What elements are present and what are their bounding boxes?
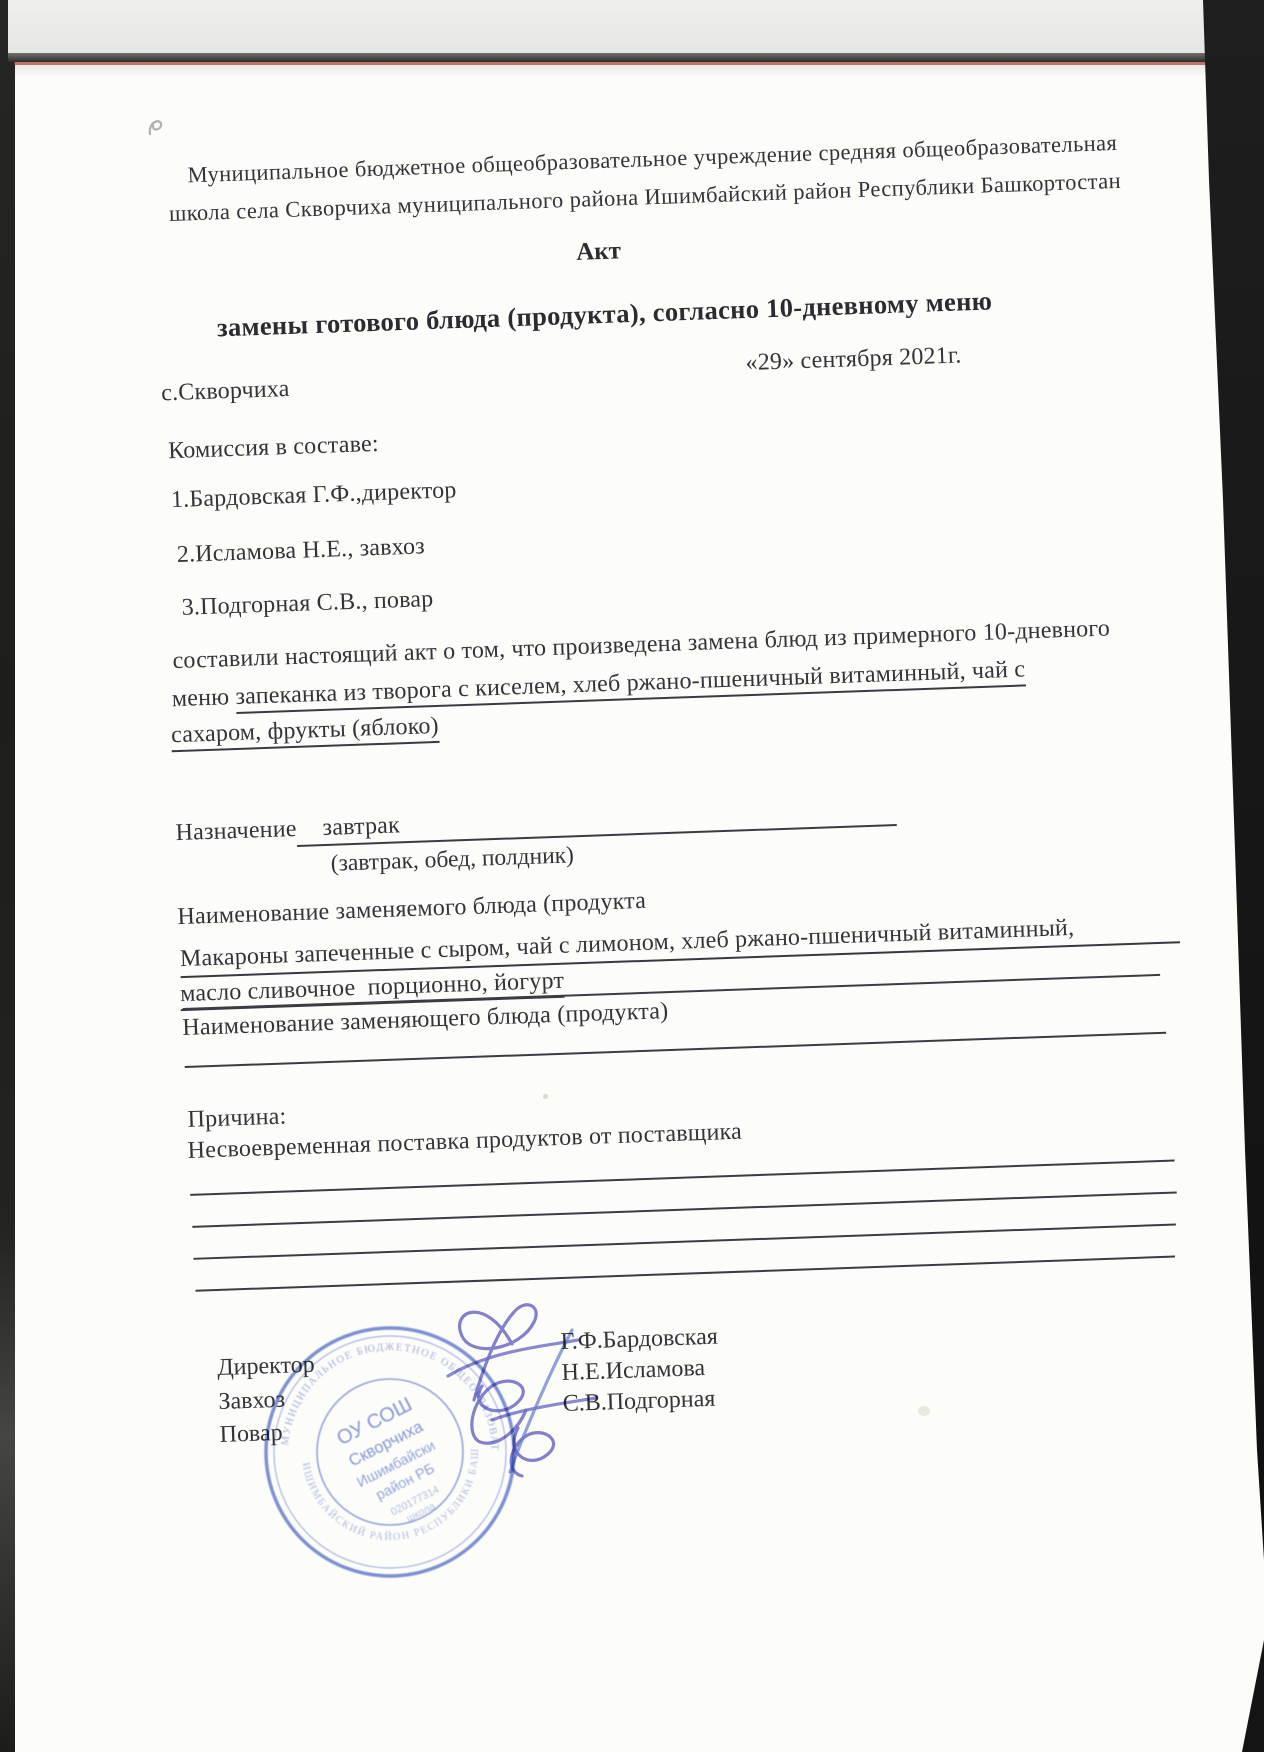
purpose-hint: (завтрак, обед, полдник) (330, 842, 574, 877)
handwritten-signature (420, 1288, 630, 1484)
replaced-label: Наименование заменяемого блюда (продукта (177, 888, 646, 931)
body-line2-prefix: меню (171, 684, 235, 712)
paper-top-shade (14, 65, 1212, 77)
purpose-label: Назначение (175, 816, 297, 846)
doc-title: Акт (398, 231, 799, 273)
scanner-strip-top (8, 0, 1206, 56)
blank-line (196, 1256, 1175, 1292)
blank-line (192, 1191, 1176, 1227)
reason-label: Причина: (187, 1103, 287, 1133)
commission-member-3: 3.Подгорная С.В., повар (181, 586, 434, 622)
scan-artifact-speck (918, 1406, 930, 1416)
blank-line (190, 1160, 1174, 1196)
scanner-edge-left (0, 0, 15, 1752)
page-content: Муниципальное бюджетное общеобразователь… (0, 0, 1264, 1752)
purpose-value: завтрак (296, 795, 897, 847)
commission-heading: Комиссия в составе: (168, 431, 379, 465)
commission-member-2: 2.Исламова Н.Е., завхоз (176, 533, 425, 569)
paper-top-shadow (8, 53, 1210, 62)
place: с.Скворчиха (161, 376, 290, 407)
doc-date: «29» сентября 2021г. (745, 342, 962, 377)
doc-subtitle: замены готового блюда (продукта), соглас… (216, 285, 992, 343)
commission-member-1: 1.Бардовская Г.Ф.,директор (171, 477, 457, 514)
body-line3-underlined: сахаром, фрукты (яблоко) (171, 713, 440, 752)
blank-line (185, 1032, 1166, 1068)
scan-artifact-speck (543, 1094, 548, 1099)
scan-artifact-squiggle (146, 116, 166, 140)
blank-line (193, 1224, 1175, 1260)
body-line3: сахаром, фрукты (яблоко) (171, 713, 439, 749)
scanned-document: Муниципальное бюджетное общеобразователь… (0, 0, 1264, 1752)
